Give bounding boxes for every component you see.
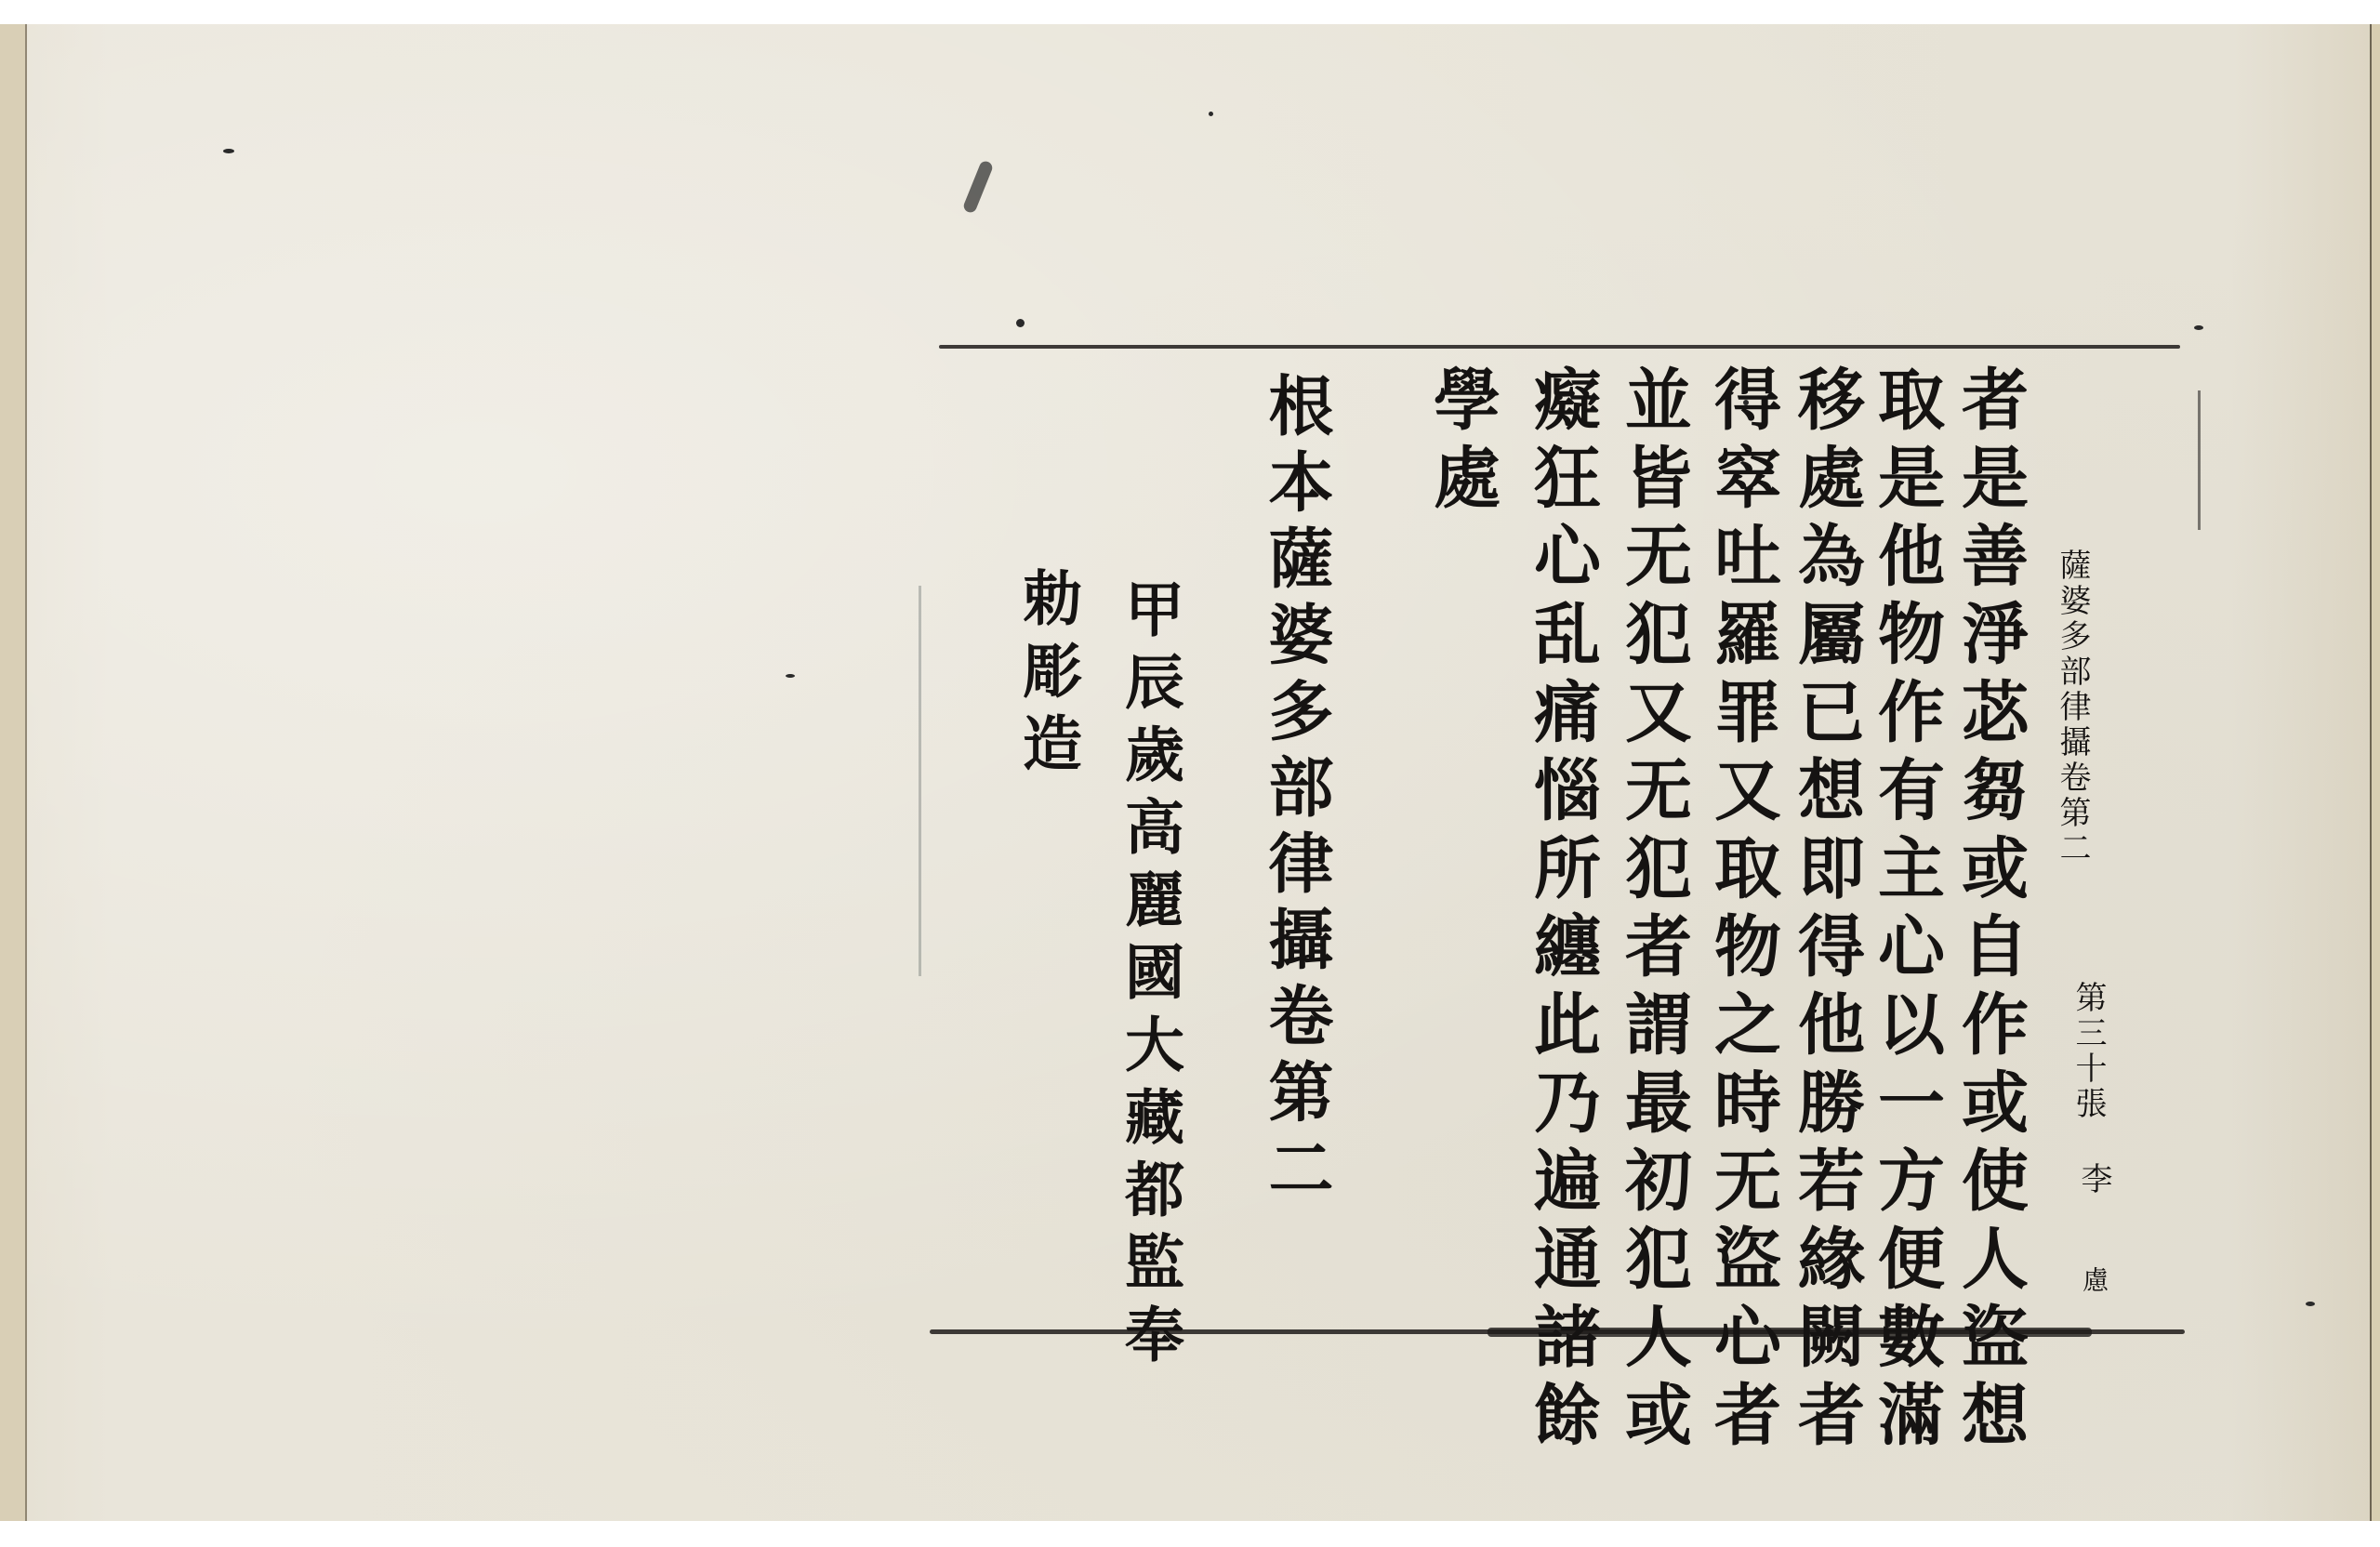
body-column-6: 癡狂心乱痛惱所纏此乃遍通諸餘 xyxy=(1514,364,1610,1458)
right-page-edge xyxy=(2372,24,2380,1521)
scripture-title: 根本薩婆多部律攝卷第二 xyxy=(1249,372,1343,1210)
body-column-4: 得窣吐羅罪又取物之時无盜心者 xyxy=(1694,364,1791,1458)
ink-speck xyxy=(2194,325,2203,330)
ink-speck xyxy=(223,149,234,153)
body-column-5: 並皆无犯又无犯者謂最初犯人或 xyxy=(1605,364,1701,1458)
left-fold-line xyxy=(25,24,27,1521)
margin-folio: 第三十張 xyxy=(2066,981,2111,1122)
body-column-7: 學處 xyxy=(1413,364,1510,521)
colophon-edict-line: 勅彫造 xyxy=(1004,567,1090,785)
ink-speck xyxy=(1209,112,1213,116)
margin-carver-mark: 李 xyxy=(2071,1162,2117,1197)
body-column-1: 者是善淨苾芻或自作或使人盜想 xyxy=(1941,364,2038,1458)
margin-title: 薩婆多部律攝卷第二 xyxy=(2050,549,2096,866)
ink-speck xyxy=(786,674,795,678)
left-page-edge xyxy=(0,24,25,1521)
frame-right-rule xyxy=(2198,390,2201,530)
body-column-3: 移處為屬已想即得他勝若緣闕者 xyxy=(1778,364,1874,1458)
frame-left-faint-rule xyxy=(919,586,921,976)
ink-speck xyxy=(1016,319,1025,327)
margin-bottom-mark: 慮 xyxy=(2075,1266,2112,1296)
frame-top-rule xyxy=(939,345,2180,349)
colophon-date-line: 甲辰歲高麗國大藏都監奉 xyxy=(1106,578,1192,1376)
ink-speck xyxy=(2306,1302,2315,1306)
